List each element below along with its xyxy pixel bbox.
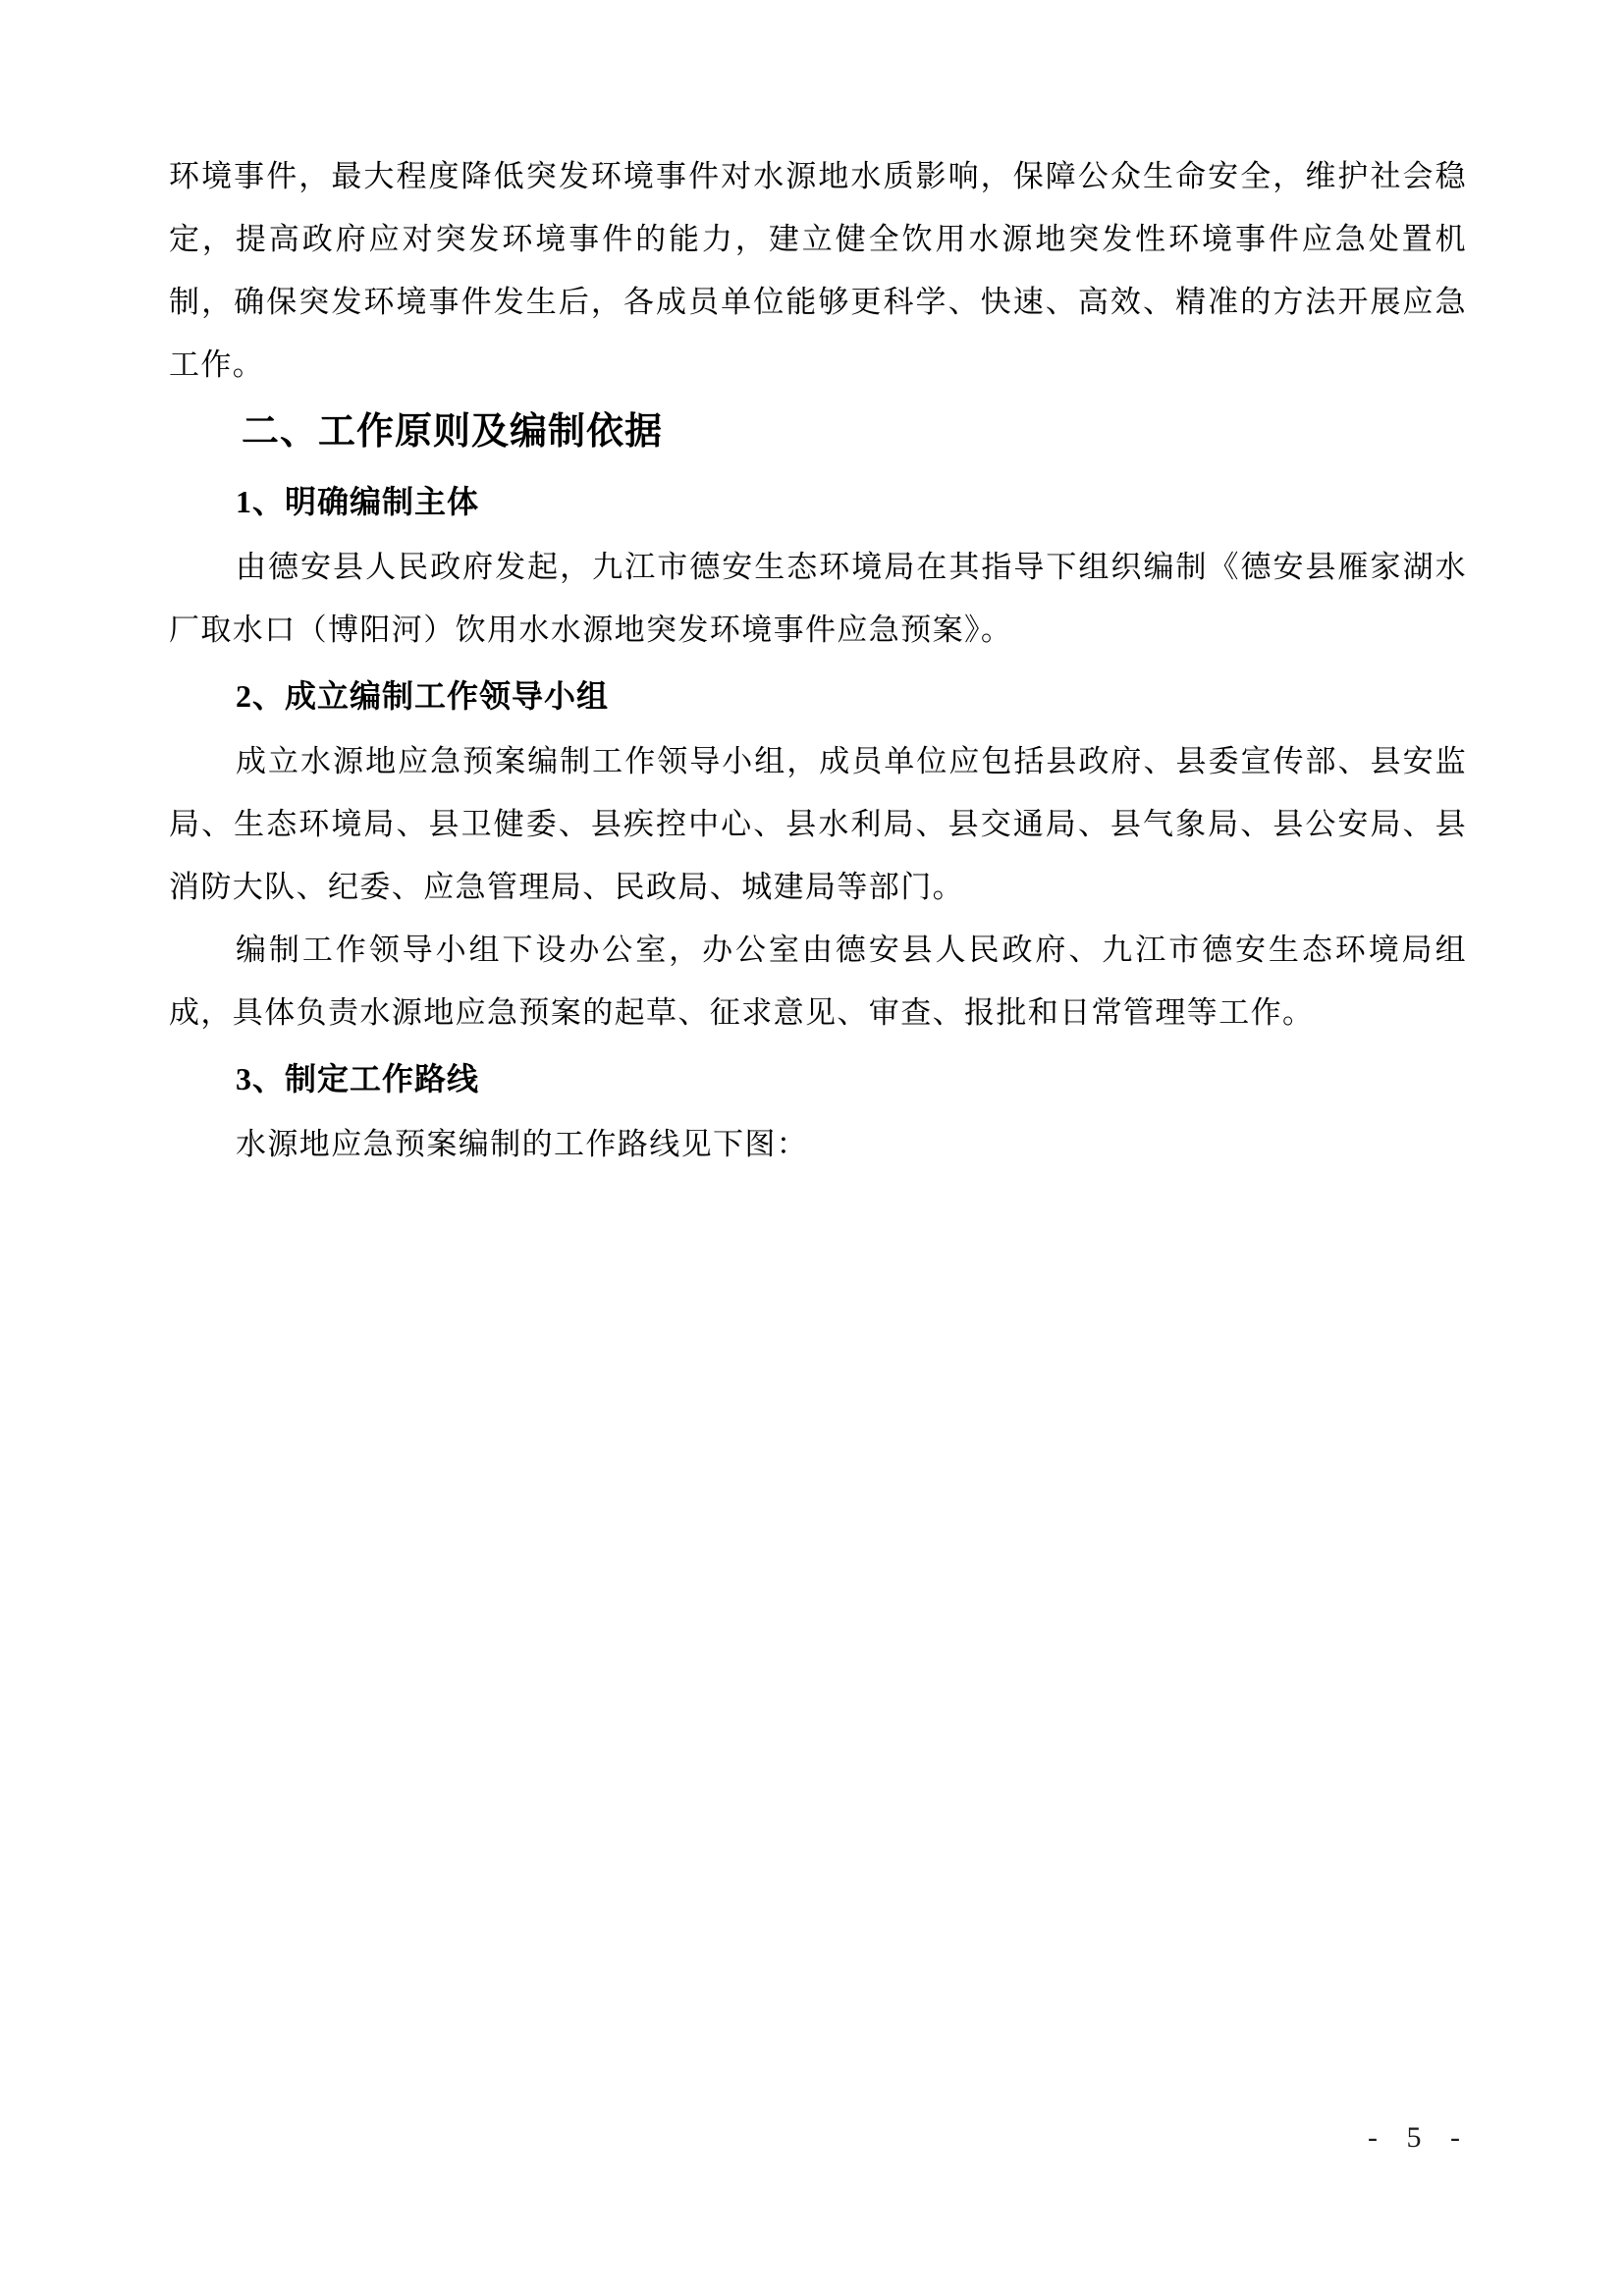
subsection-heading-2: 2、成立编制工作领导小组 <box>169 662 1467 730</box>
document-body: 环境事件，最大程度降低突发环境事件对水源地水质影响，保障公众生命安全，维护社会稳… <box>169 145 1467 1176</box>
subsection-heading-3: 3、制定工作路线 <box>169 1044 1467 1113</box>
paragraph: 成立水源地应急预案编制工作领导小组，成员单位应包括县政府、县委宣传部、县安监局、… <box>169 730 1467 919</box>
paragraph: 由德安县人民政府发起，九江市德安生态环境局在其指导下组织编制《德安县雁家湖水厂取… <box>169 536 1467 662</box>
section-heading: 二、工作原则及编制依据 <box>169 397 1467 467</box>
paragraph-continuation: 环境事件，最大程度降低突发环境事件对水源地水质影响，保障公众生命安全，维护社会稳… <box>169 145 1467 397</box>
subsection-heading-1: 1、明确编制主体 <box>169 467 1467 536</box>
page-number: - 5 - <box>1368 2118 1466 2158</box>
paragraph: 编制工作领导小组下设办公室，办公室由德安县人民政府、九江市德安生态环境局组成，具… <box>169 919 1467 1044</box>
paragraph: 水源地应急预案编制的工作路线见下图： <box>169 1113 1467 1176</box>
document-page: 环境事件，最大程度降低突发环境事件对水源地水质影响，保障公众生命安全，维护社会稳… <box>0 0 1624 2296</box>
